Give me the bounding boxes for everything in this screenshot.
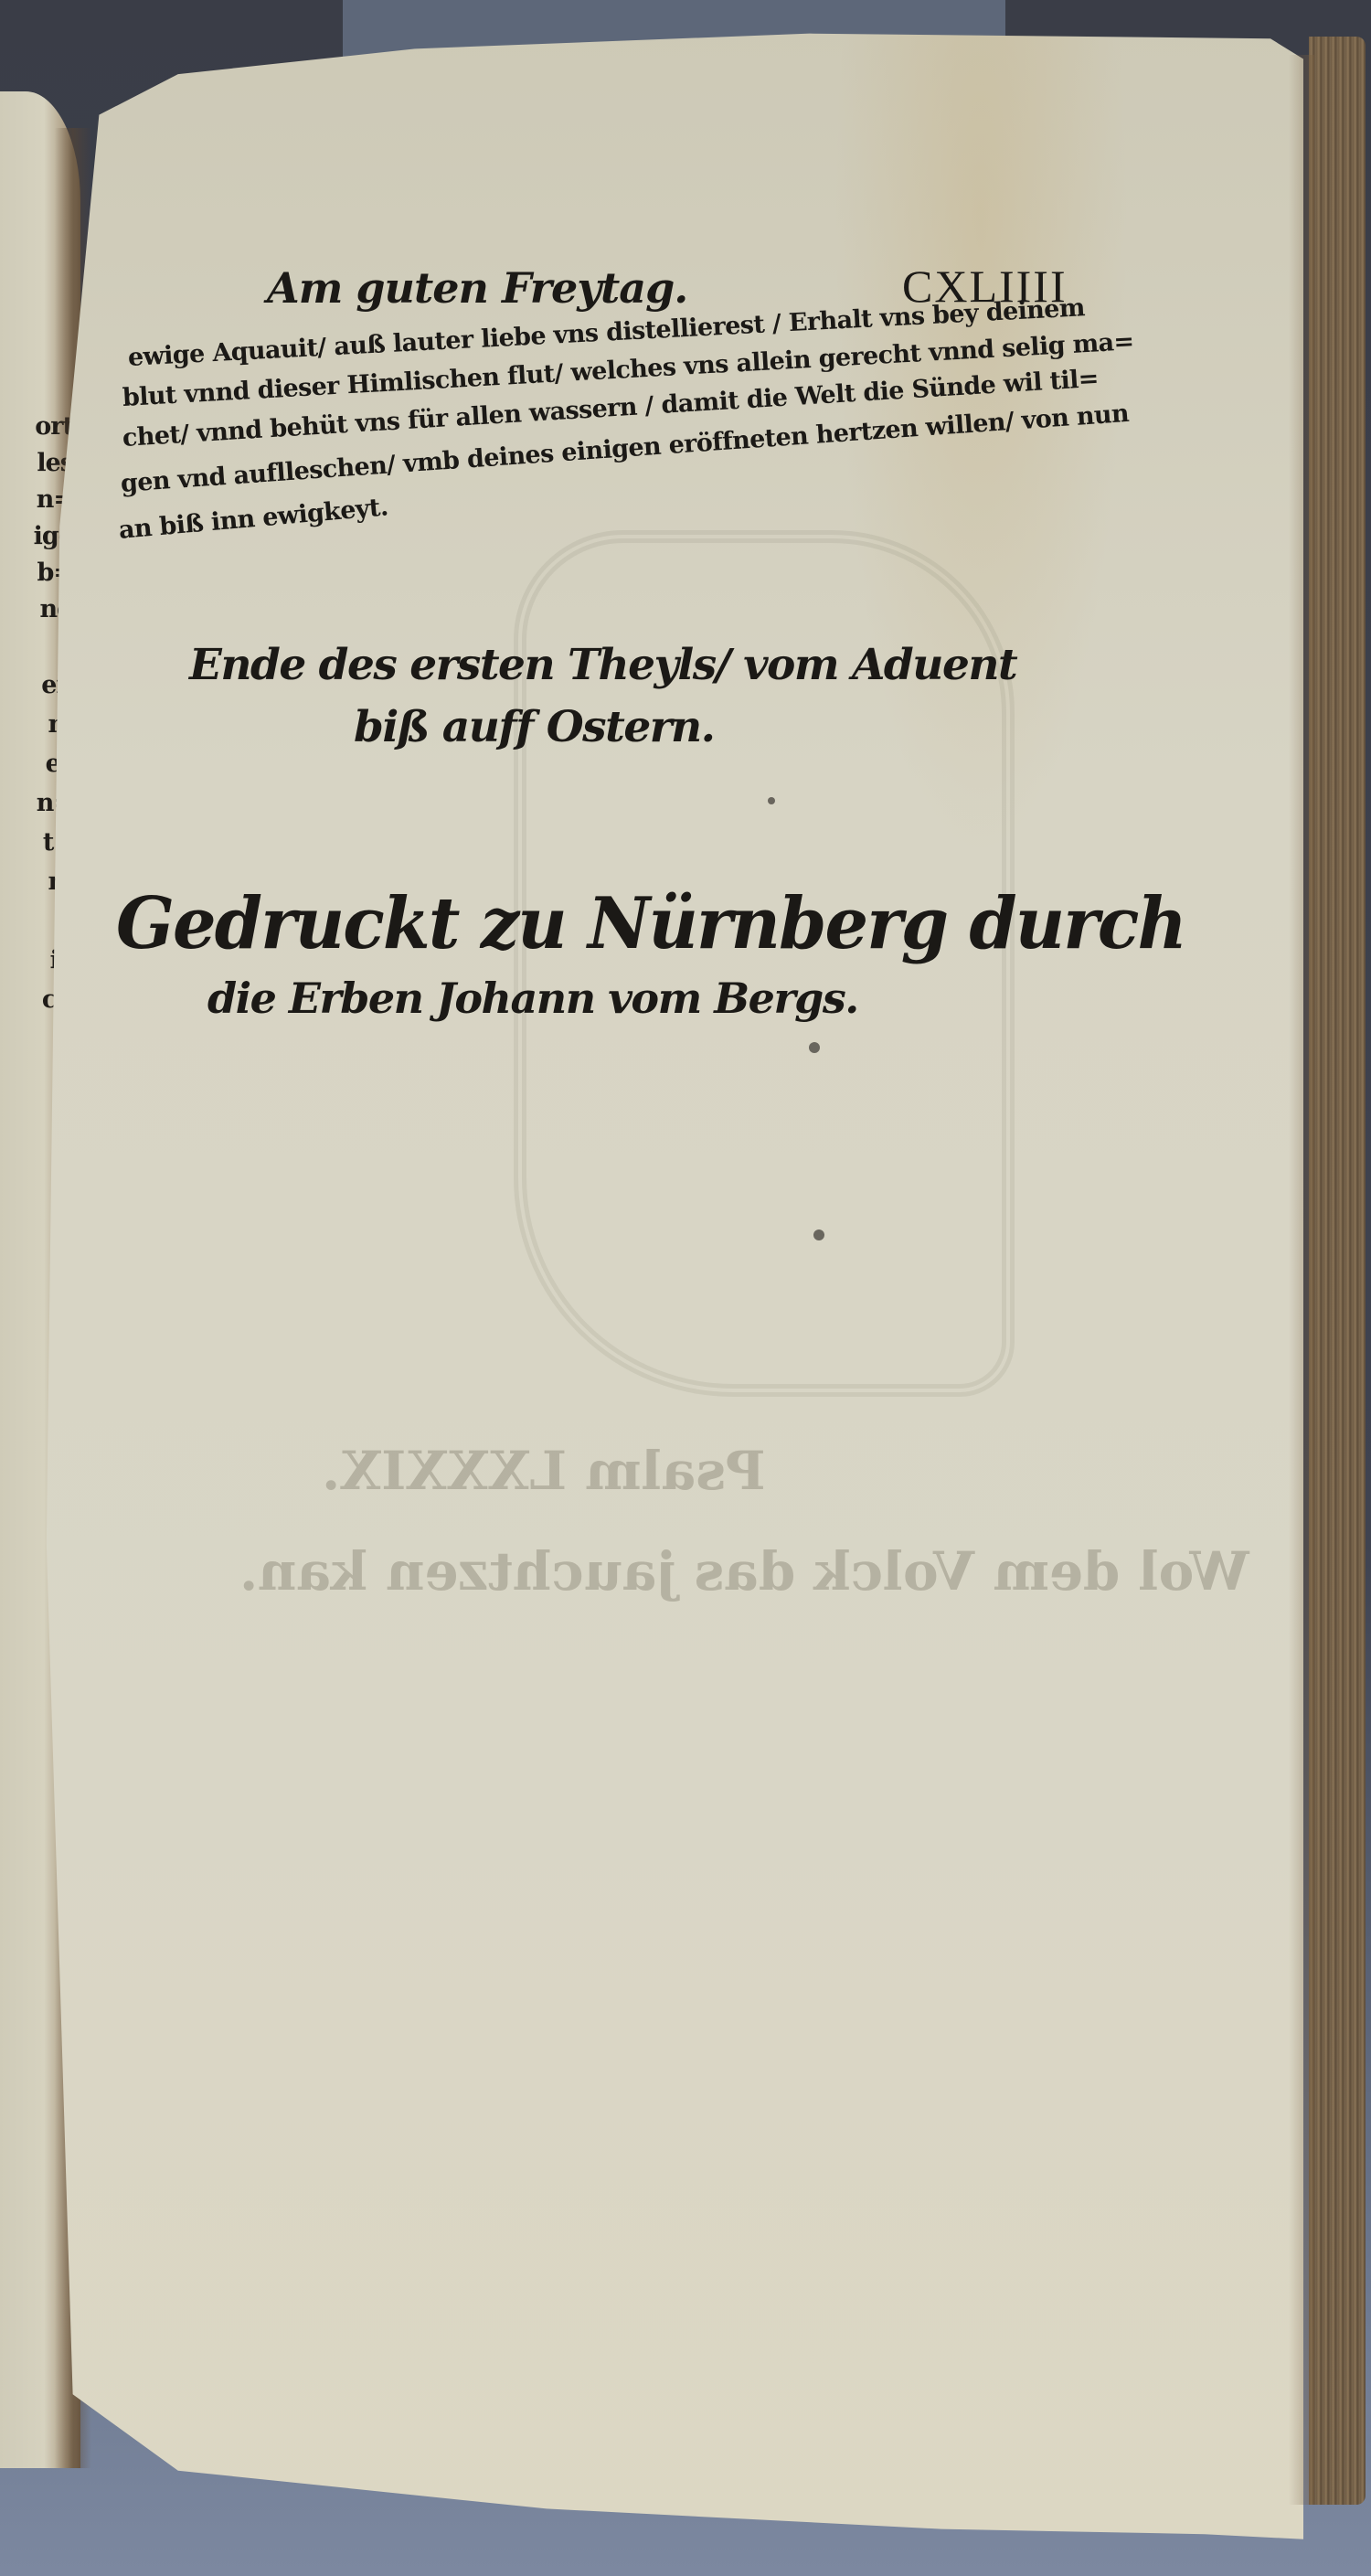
part-end-line-2: biß auff Ostern. xyxy=(354,702,715,752)
page-edge-shadow xyxy=(1289,55,1314,2505)
ink-speck xyxy=(809,1042,820,1053)
running-head: Am guten Freytag. xyxy=(267,263,687,313)
ink-speck xyxy=(768,797,775,804)
right-page: Am guten Freytag. CXLIIII ewige Aquauit/… xyxy=(20,18,1336,2560)
ink-speck xyxy=(813,1229,824,1240)
show-through-line-2: Wol dem Volck das jauchtzen kan. xyxy=(239,1540,1249,1602)
part-end-line-1: Ende des ersten Theyls/ vom Aduent xyxy=(189,640,1016,690)
colophon-line-2: die Erben Johann vom Bergs. xyxy=(207,974,858,1023)
body-line-5: an biß inn ewigkeyt. xyxy=(118,493,389,545)
colophon-line-1: Gedruckt zu Nürnberg durch xyxy=(116,882,1185,965)
show-through-line-1: Psalm LXXXIX. xyxy=(322,1440,766,1502)
page-block-edges xyxy=(1309,37,1366,2505)
